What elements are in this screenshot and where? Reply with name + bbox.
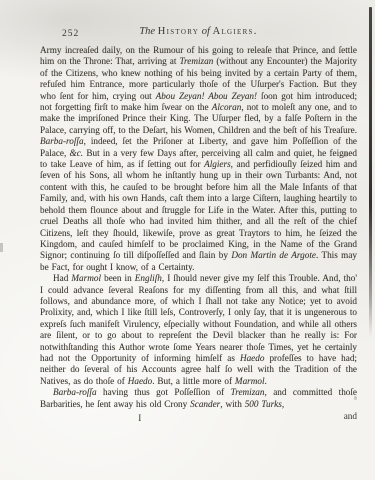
page-edge-shadow (369, 7, 372, 337)
text-segment: Barba-roſſa (53, 387, 97, 397)
text-segment: Haedo (128, 376, 153, 386)
page-title: The History of Algiers. (40, 26, 357, 37)
text-segment: Abou Zeyan! Abou Zeyan! (156, 91, 257, 101)
text-segment: Don Martin de Argote (231, 250, 316, 260)
text-segment: been in (101, 273, 135, 283)
text-segment: . But, a little more of (152, 376, 235, 386)
text-segment: having thus got Poſſeſſion of (97, 387, 231, 397)
text-segment: Alcoran (212, 102, 242, 112)
catchword: and (344, 411, 357, 421)
text-segment: of (199, 26, 212, 37)
text-segment: &c. (70, 148, 84, 158)
text-segment: Algiers (204, 159, 231, 169)
text-segment: , I ſhould never give my ſelf this Troub… (40, 273, 357, 363)
signature-mark: I (138, 413, 141, 423)
text-segment: , with (220, 399, 244, 409)
text-segment: Tremizan (179, 56, 213, 66)
text-segment: Barba-roſſa (40, 136, 84, 146)
text-segment: , (282, 399, 284, 409)
paragraph: Had Marmol been in Engliſh, I ſhould nev… (40, 273, 357, 387)
text-segment: . (265, 376, 267, 386)
text-segment: Scander (190, 399, 220, 409)
text-segment: Engliſh (135, 273, 162, 283)
text-segment: 500 Turks (245, 399, 282, 409)
paragraph: Army increaſed daily, on the Rumour of h… (40, 45, 357, 273)
text-segment: Had (53, 273, 71, 283)
printed-area: 252 The History of Algiers. Army increaſ… (40, 26, 357, 425)
text-segment: , and perfidiouſly ſeized him and ſeven … (40, 159, 357, 260)
page-footer: I and (40, 411, 357, 425)
text-segment: Marmol (71, 273, 101, 283)
running-header: 252 The History of Algiers. (40, 26, 357, 42)
text-segment: Marmol (235, 376, 265, 386)
paragraph: Barba-roſſa having thus got Poſſeſſion o… (40, 387, 357, 410)
text-segment: Haedo (240, 353, 265, 363)
text-segment: The (139, 26, 157, 37)
page-scan: 252 The History of Algiers. Army increaſ… (0, 0, 375, 480)
text-segment: Algiers. (213, 26, 258, 37)
text-segment: History (158, 26, 199, 37)
text-segment: Tremizan (231, 387, 265, 397)
scan-speckle (0, 243, 3, 252)
body-text: Army increaſed daily, on the Rumour of h… (40, 45, 357, 410)
